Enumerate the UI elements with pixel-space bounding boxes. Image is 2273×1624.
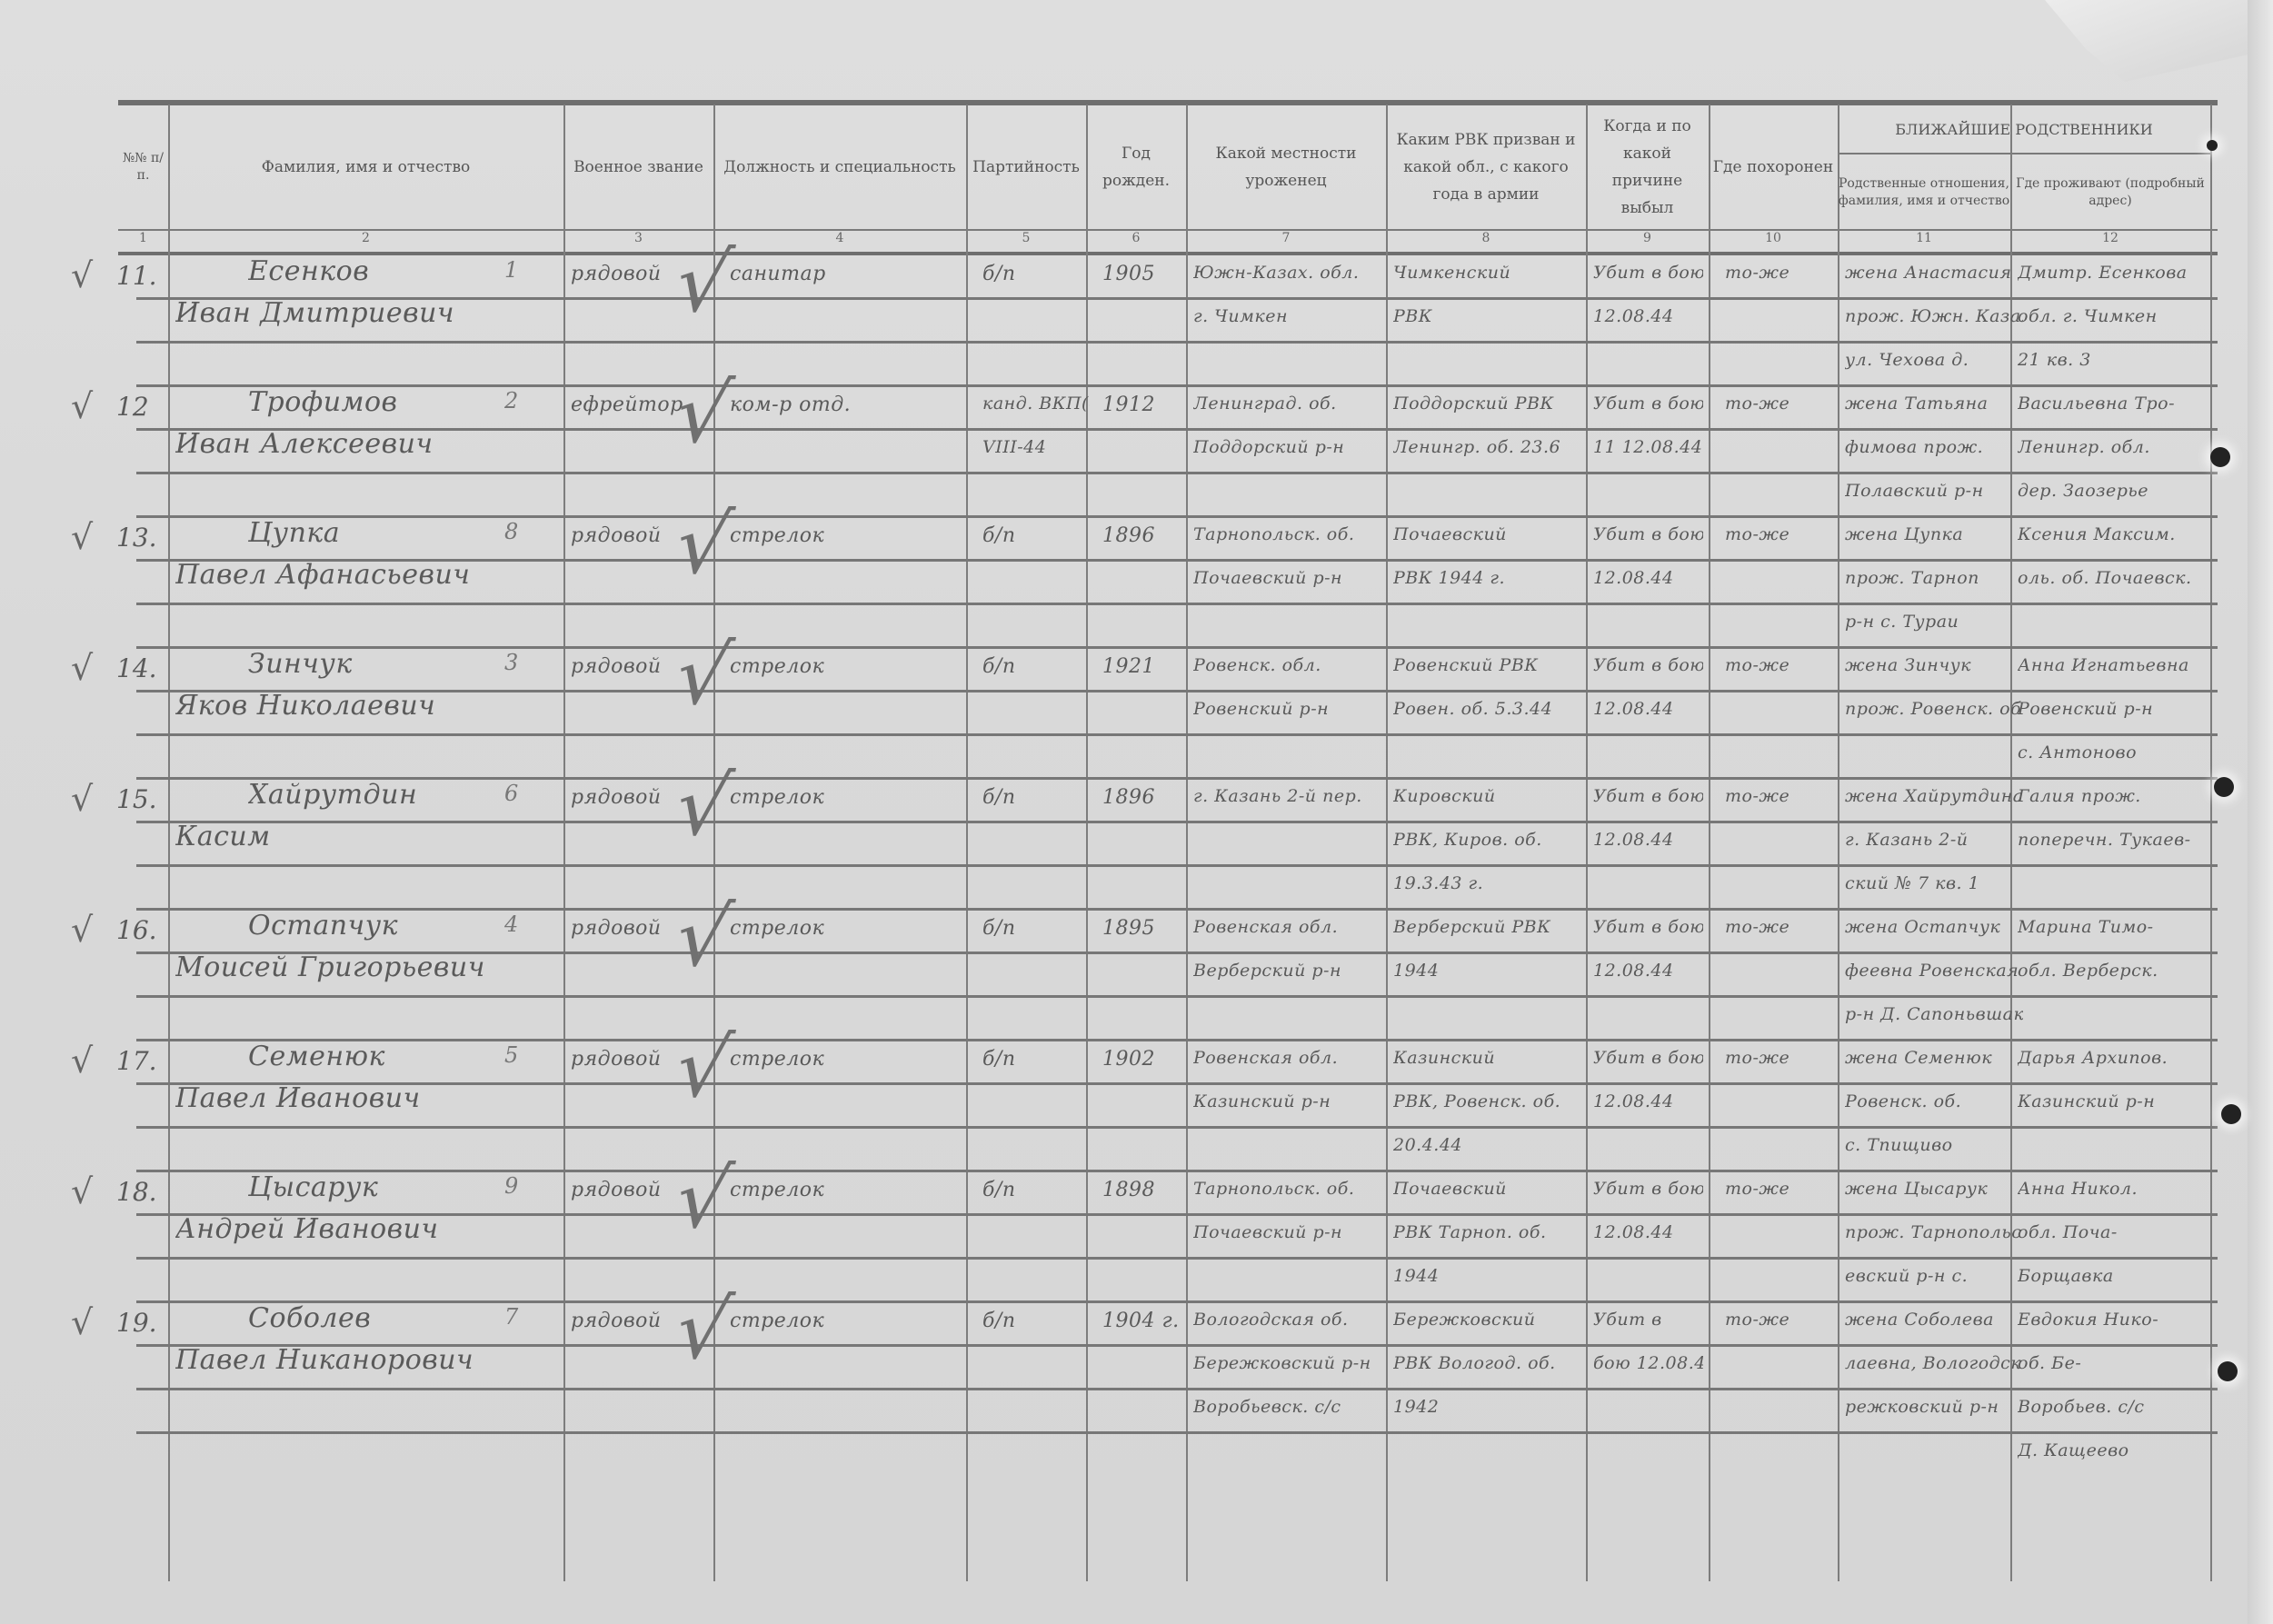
column-divider bbox=[563, 105, 565, 1581]
departure-reason: 12.08.44 bbox=[1593, 1091, 1703, 1111]
ruled-line bbox=[136, 1126, 2218, 1129]
relative-address: Ровенский р-н bbox=[2018, 699, 2223, 719]
margin-check-icon: √ bbox=[71, 1171, 93, 1211]
departure-reason: Убит в бою bbox=[1593, 524, 1703, 544]
departure-reason: Убит в бою bbox=[1593, 1179, 1703, 1199]
birth-year: 1905 bbox=[1102, 263, 1190, 285]
column-header-7: Какой местности уроженец bbox=[1186, 107, 1386, 227]
column-divider bbox=[966, 105, 968, 1581]
relative-name: Ровенск. об. bbox=[1845, 1091, 2023, 1111]
burial-place: то-же bbox=[1725, 263, 1841, 283]
draft-office: РВК, Киров. об. bbox=[1393, 830, 1580, 850]
relative-address: Д. Кащеево bbox=[2018, 1440, 2223, 1460]
ruled-line bbox=[136, 864, 2218, 867]
column-divider bbox=[1386, 105, 1388, 1581]
relative-name: прож. Южн. Казах. bbox=[1845, 306, 2023, 326]
margin-check-icon: √ bbox=[71, 910, 93, 950]
departure-reason: Убит в бою bbox=[1593, 1048, 1703, 1068]
archival-document-page: №№ п/п.1Фамилия, имя и отчество2Военное … bbox=[0, 0, 2273, 1624]
relative-address: Анна Игнатьевна bbox=[2018, 655, 2223, 675]
draft-office: РВК, Ровенск. об. bbox=[1393, 1091, 1580, 1111]
birthplace: г. Казань 2-й пер. bbox=[1193, 786, 1381, 806]
departure-reason: бою 12.08.44 bbox=[1593, 1353, 1703, 1373]
column-header-5: Партийность bbox=[966, 107, 1086, 227]
relative-address: поперечн. Тукаев- bbox=[2018, 830, 2223, 850]
given-name: Павел Афанасьевич bbox=[175, 559, 558, 591]
given-name: Иван Дмитриевич bbox=[175, 297, 558, 329]
margin-check-icon: √ bbox=[71, 386, 93, 426]
relative-address: Борщавка bbox=[2018, 1266, 2223, 1286]
draft-office: Поддорский РВК bbox=[1393, 394, 1580, 413]
table-top-border bbox=[118, 100, 2218, 105]
birthplace: Южн-Казах. обл. bbox=[1193, 263, 1381, 283]
birthplace: Ровенск. обл. bbox=[1193, 655, 1381, 675]
order-mark: 8 bbox=[504, 519, 518, 544]
draft-office: РВК 1944 г. bbox=[1393, 568, 1580, 588]
column-divider bbox=[1586, 105, 1588, 1581]
record-number: 11. bbox=[116, 261, 157, 291]
relative-address: Казинский р-н bbox=[2018, 1091, 2223, 1111]
birthplace: Поддорский р-н bbox=[1193, 437, 1381, 457]
draft-office: РВК bbox=[1393, 306, 1580, 326]
relative-name: евский р-н с. bbox=[1845, 1266, 2023, 1286]
column-header-8: Каким РВК призван и какой обл., с какого… bbox=[1386, 107, 1586, 227]
column-header-9: Когда и по какой причине выбыл bbox=[1586, 107, 1709, 227]
birth-year: 1896 bbox=[1102, 524, 1190, 547]
position: стрелок bbox=[730, 917, 970, 940]
record-number: 16. bbox=[116, 915, 157, 945]
party-membership: б/п bbox=[982, 1048, 1090, 1071]
position: стрелок bbox=[730, 524, 970, 547]
column-number: 1 bbox=[118, 231, 168, 251]
relative-address: обл. Поча- bbox=[2018, 1222, 2223, 1242]
record-number: 15. bbox=[116, 784, 157, 814]
birthplace: Бережковский р-н bbox=[1193, 1353, 1381, 1373]
draft-office: Ровен. об. 5.3.44 bbox=[1393, 699, 1580, 719]
relative-name: феевна Ровенская bbox=[1845, 961, 2023, 981]
torn-corner bbox=[2045, 0, 2273, 82]
record-number: 13. bbox=[116, 523, 157, 553]
relative-address: оль. об. Почаевск. bbox=[2018, 568, 2223, 588]
relative-name: жена Цысарук bbox=[1845, 1179, 2023, 1199]
party-membership: б/п bbox=[982, 1179, 1090, 1201]
order-mark: 9 bbox=[504, 1173, 518, 1199]
relative-address: Ксения Максим. bbox=[2018, 524, 2223, 544]
departure-reason: 12.08.44 bbox=[1593, 306, 1703, 326]
relative-name: лаевна, Вологодск. bbox=[1845, 1353, 2023, 1373]
record-number: 12 bbox=[116, 392, 149, 422]
birthplace: Ровенская обл. bbox=[1193, 917, 1381, 937]
relative-name: жена Семенюк bbox=[1845, 1048, 2023, 1068]
relative-name: Полавский р-н bbox=[1845, 481, 2023, 501]
burial-place: то-же bbox=[1725, 786, 1841, 806]
punch-hole bbox=[2218, 1361, 2238, 1381]
margin-check-icon: √ bbox=[71, 255, 93, 295]
column-number: 4 bbox=[713, 231, 966, 251]
surname: Остапчук bbox=[248, 910, 508, 942]
surname: Цупка bbox=[248, 517, 508, 549]
page-edge bbox=[2248, 0, 2273, 1624]
birthplace: г. Чимкен bbox=[1193, 306, 1381, 326]
departure-reason: Убит в bbox=[1593, 1310, 1703, 1330]
birthplace: Ровенский р-н bbox=[1193, 699, 1381, 719]
birthplace: Вологодская об. bbox=[1193, 1310, 1381, 1330]
departure-reason: 12.08.44 bbox=[1593, 568, 1703, 588]
relative-address: об. Бе- bbox=[2018, 1353, 2223, 1373]
ruled-line bbox=[136, 1431, 2218, 1434]
relative-address: Воробьев. с/с bbox=[2018, 1397, 2223, 1417]
relatives-group-header: БЛИЖАЙШИЕ РОДСТВЕННИКИ bbox=[1838, 107, 2210, 153]
birth-year: 1896 bbox=[1102, 786, 1190, 809]
departure-reason: 12.08.44 bbox=[1593, 830, 1703, 850]
order-mark: 4 bbox=[504, 912, 518, 937]
departure-reason: 12.08.44 bbox=[1593, 699, 1703, 719]
draft-office: Верберский РВК bbox=[1393, 917, 1580, 937]
punch-hole bbox=[2210, 447, 2230, 467]
burial-place: то-же bbox=[1725, 1179, 1841, 1199]
column-divider bbox=[168, 105, 170, 1581]
given-name: Яков Николаевич bbox=[175, 690, 558, 722]
position: стрелок bbox=[730, 655, 970, 678]
punch-hole bbox=[2221, 1104, 2241, 1124]
party-membership: б/п bbox=[982, 786, 1090, 809]
draft-office: Кировский bbox=[1393, 786, 1580, 806]
ruled-line bbox=[136, 1388, 2218, 1390]
column-number: 5 bbox=[966, 231, 1086, 251]
relative-name: р-н Д. Сапоньвшак bbox=[1845, 1004, 2023, 1024]
draft-office: 19.3.43 г. bbox=[1393, 873, 1580, 893]
draft-office: Почаевский bbox=[1393, 524, 1580, 544]
column-header-6: Год рожден. bbox=[1086, 107, 1186, 227]
relative-address: дер. Заозерье bbox=[2018, 481, 2223, 501]
record-number: 17. bbox=[116, 1046, 157, 1076]
draft-office: Почаевский bbox=[1393, 1179, 1580, 1199]
relative-address: Васильевна Тро- bbox=[2018, 394, 2223, 413]
margin-check-icon: √ bbox=[71, 517, 93, 557]
relative-address: обл. Верберск. bbox=[2018, 961, 2223, 981]
order-mark: 3 bbox=[504, 650, 518, 675]
relative-name: фимова прож. bbox=[1845, 437, 2023, 457]
given-name: Андрей Иванович bbox=[175, 1213, 558, 1245]
party-membership: канд. ВКП(б) bbox=[982, 394, 1090, 413]
column-number: 6 bbox=[1086, 231, 1186, 251]
party-date: VIII-44 bbox=[982, 437, 1090, 457]
relatives-group-divider bbox=[1838, 153, 2210, 154]
draft-office: 1944 bbox=[1393, 1266, 1580, 1286]
surname: Трофимов bbox=[248, 386, 508, 418]
draft-office: Ровенский РВК bbox=[1393, 655, 1580, 675]
relative-name: жена Цупка bbox=[1845, 524, 2023, 544]
order-mark: 7 bbox=[504, 1304, 518, 1330]
party-membership: б/п bbox=[982, 524, 1090, 547]
order-mark: 1 bbox=[504, 257, 518, 283]
position: ком-р отд. bbox=[730, 394, 970, 416]
birth-year: 1895 bbox=[1102, 917, 1190, 940]
relative-address: Анна Никол. bbox=[2018, 1179, 2223, 1199]
birth-year: 1921 bbox=[1102, 655, 1190, 678]
column-number: 12 bbox=[2010, 231, 2210, 251]
relative-name: режковский р-н bbox=[1845, 1397, 2023, 1417]
ruled-line bbox=[136, 341, 2218, 344]
departure-reason: 11 12.08.44 bbox=[1593, 437, 1703, 457]
birth-year: 1912 bbox=[1102, 394, 1190, 416]
relative-name: прож. Тарнопольск. bbox=[1845, 1222, 2023, 1242]
burial-place: то-же bbox=[1725, 917, 1841, 937]
relative-address: Галия прож. bbox=[2018, 786, 2223, 806]
column-number: 7 bbox=[1186, 231, 1386, 251]
given-name: Павел Иванович bbox=[175, 1082, 558, 1114]
relative-name: жена Соболева bbox=[1845, 1310, 2023, 1330]
relative-address: Марина Тимо- bbox=[2018, 917, 2223, 937]
given-name: Моисей Григорьевич bbox=[175, 951, 558, 983]
burial-place: то-же bbox=[1725, 1048, 1841, 1068]
relative-name: жена Анастасия bbox=[1845, 263, 2023, 283]
relative-address: обл. г. Чимкен bbox=[2018, 306, 2223, 326]
ruled-line bbox=[136, 733, 2218, 736]
surname: Есенков bbox=[248, 255, 508, 287]
position: стрелок bbox=[730, 1179, 970, 1201]
position: стрелок bbox=[730, 1310, 970, 1332]
burial-place: то-же bbox=[1725, 524, 1841, 544]
relative-address: Дарья Архипов. bbox=[2018, 1048, 2223, 1068]
column-header-10: Где похоронен bbox=[1709, 107, 1838, 227]
draft-office: Бережковский bbox=[1393, 1310, 1580, 1330]
birthplace: Ленинград. об. bbox=[1193, 394, 1381, 413]
relative-name: ул. Чехова д. bbox=[1845, 350, 2023, 370]
birthplace: Ровенская обл. bbox=[1193, 1048, 1381, 1068]
punch-hole bbox=[2214, 777, 2234, 797]
relative-name: прож. Ровенск. об. bbox=[1845, 699, 2023, 719]
relative-name: прож. Тарноп bbox=[1845, 568, 2023, 588]
column-divider bbox=[1186, 105, 1188, 1581]
departure-reason: Убит в бою bbox=[1593, 917, 1703, 937]
ruled-line bbox=[136, 995, 2218, 998]
column-divider bbox=[1709, 105, 1710, 1581]
given-name: Касим bbox=[175, 821, 558, 852]
relative-name: жена Татьяна bbox=[1845, 394, 2023, 413]
column-number: 10 bbox=[1709, 231, 1838, 251]
party-membership: б/п bbox=[982, 917, 1090, 940]
column-number: 11 bbox=[1838, 231, 2010, 251]
given-name: Павел Никанорович bbox=[175, 1344, 558, 1376]
burial-place: то-же bbox=[1725, 1310, 1841, 1330]
relative-address: Евдокия Нико- bbox=[2018, 1310, 2223, 1330]
departure-reason: 12.08.44 bbox=[1593, 961, 1703, 981]
draft-office: Ленингр. об. 23.6 bbox=[1393, 437, 1580, 457]
surname: Семенюк bbox=[248, 1041, 508, 1072]
record-number: 14. bbox=[116, 653, 157, 683]
column-divider bbox=[1086, 105, 1088, 1581]
draft-office: РВК Тарноп. об. bbox=[1393, 1222, 1580, 1242]
birthplace: Верберский р-н bbox=[1193, 961, 1381, 981]
relative-name: с. Тпищиво bbox=[1845, 1135, 2023, 1155]
relative-address: Дмитр. Есенкова bbox=[2018, 263, 2223, 283]
ruled-line bbox=[136, 603, 2218, 605]
relative-address: с. Антоново bbox=[2018, 742, 2223, 762]
draft-office: Чимкенский bbox=[1393, 263, 1580, 283]
party-membership: б/п bbox=[982, 655, 1090, 678]
relative-name: ский № 7 кв. 1 bbox=[1845, 873, 2023, 893]
surname: Цысарук bbox=[248, 1171, 508, 1203]
draft-office: 1944 bbox=[1393, 961, 1580, 981]
position: санитар bbox=[730, 263, 970, 285]
surname: Соболев bbox=[248, 1302, 508, 1334]
column-divider bbox=[1838, 105, 1839, 1581]
order-mark: 5 bbox=[504, 1042, 518, 1068]
relative-name: жена Хайрутдина bbox=[1845, 786, 2023, 806]
margin-check-icon: √ bbox=[71, 1302, 93, 1342]
column-header-4: Должность и специальность bbox=[713, 107, 966, 227]
column-header-1: №№ п/п. bbox=[118, 107, 168, 227]
departure-reason: Убит в бою bbox=[1593, 655, 1703, 675]
relative-address: Ленингр. обл. bbox=[2018, 437, 2223, 457]
relative-name: жена Остапчук bbox=[1845, 917, 2023, 937]
column-header-11: Родственные отношения, фамилия, имя и от… bbox=[1838, 156, 2010, 229]
column-header-3: Военное звание bbox=[563, 107, 713, 227]
ruled-line bbox=[136, 472, 2218, 474]
birthplace: Казинский р-н bbox=[1193, 1091, 1381, 1111]
birthplace: Воробьевск. с/с bbox=[1193, 1397, 1381, 1417]
order-mark: 2 bbox=[504, 388, 518, 413]
burial-place: то-же bbox=[1725, 655, 1841, 675]
surname: Хайрутдин bbox=[248, 779, 508, 811]
column-number: 8 bbox=[1386, 231, 1586, 251]
draft-office: Казинский bbox=[1393, 1048, 1580, 1068]
birthplace: Тарнопольск. об. bbox=[1193, 1179, 1381, 1199]
birth-year: 1902 bbox=[1102, 1048, 1190, 1071]
party-membership: б/п bbox=[982, 263, 1090, 285]
party-membership: б/п bbox=[982, 1310, 1090, 1332]
birthplace: Почаевский р-н bbox=[1193, 1222, 1381, 1242]
ruled-line bbox=[136, 1257, 2218, 1260]
birthplace: Тарнопольск. об. bbox=[1193, 524, 1381, 544]
burial-place: то-же bbox=[1725, 394, 1841, 413]
birth-year: 1898 bbox=[1102, 1179, 1190, 1201]
column-number: 9 bbox=[1586, 231, 1709, 251]
column-number: 2 bbox=[168, 231, 563, 251]
relative-address: 21 кв. 3 bbox=[2018, 350, 2223, 370]
relative-name: жена Зинчук bbox=[1845, 655, 2023, 675]
departure-reason: 12.08.44 bbox=[1593, 1222, 1703, 1242]
margin-check-icon: √ bbox=[71, 1041, 93, 1081]
record-number: 18. bbox=[116, 1177, 157, 1207]
relative-name: р-н с. Тураи bbox=[1845, 612, 2023, 632]
record-number: 19. bbox=[116, 1308, 157, 1338]
margin-check-icon: √ bbox=[71, 648, 93, 688]
draft-office: 20.4.44 bbox=[1393, 1135, 1580, 1155]
punch-hole bbox=[2207, 140, 2218, 151]
order-mark: 6 bbox=[504, 781, 518, 806]
position: стрелок bbox=[730, 1048, 970, 1071]
column-header-2: Фамилия, имя и отчество bbox=[168, 107, 563, 227]
draft-office: 1942 bbox=[1393, 1397, 1580, 1417]
draft-office: РВК Вологод. об. bbox=[1393, 1353, 1580, 1373]
departure-reason: Убит в бою bbox=[1593, 394, 1703, 413]
column-header-12: Где проживают (подробный адрес) bbox=[2010, 156, 2210, 229]
departure-reason: Убит в бою bbox=[1593, 263, 1703, 283]
position: стрелок bbox=[730, 786, 970, 809]
relative-name: г. Казань 2-й bbox=[1845, 830, 2023, 850]
margin-check-icon: √ bbox=[71, 779, 93, 819]
departure-reason: Убит в бою bbox=[1593, 786, 1703, 806]
birth-year: 1904 г. bbox=[1102, 1310, 1190, 1332]
birthplace: Почаевский р-н bbox=[1193, 568, 1381, 588]
surname: Зинчук bbox=[248, 648, 508, 680]
given-name: Иван Алексеевич bbox=[175, 428, 558, 460]
